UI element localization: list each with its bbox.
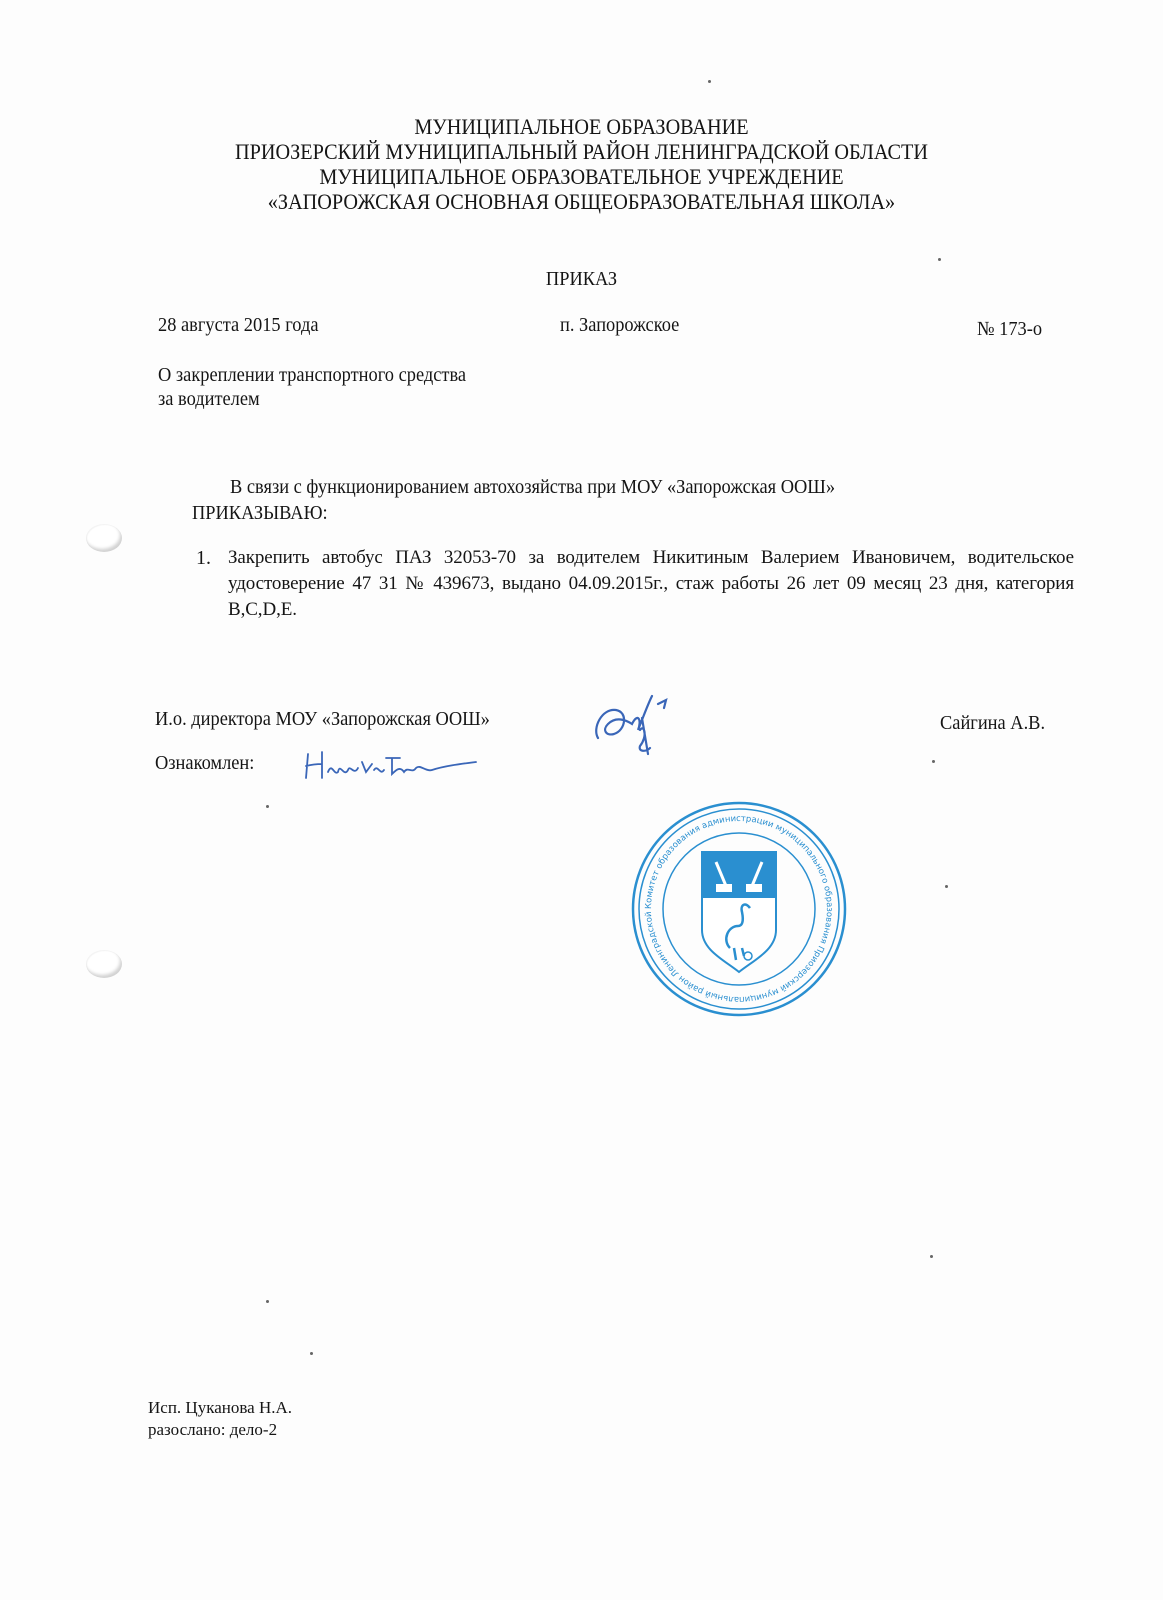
director-signature [588, 690, 678, 760]
official-stamp: Комитет образования администрации муници… [630, 800, 848, 1018]
preamble: В связи с функционированием автохозяйств… [230, 476, 835, 499]
executor: Исп. Цуканова Н.А. [148, 1398, 292, 1418]
scan-speck [708, 80, 711, 83]
scanned-page: МУНИЦИПАЛЬНОЕ ОБРАЗОВАНИЕ ПРИОЗЕРСКИЙ МУ… [0, 0, 1163, 1600]
subject-line-1: О закреплении транспортного средства [158, 364, 466, 387]
distribution: разослано: дело-2 [148, 1420, 277, 1440]
order-item-text: Закрепить автобус ПАЗ 32053-70 за водите… [228, 545, 1074, 623]
scan-speck [266, 805, 269, 808]
scan-speck [945, 885, 948, 888]
scan-speck [932, 760, 935, 763]
header-line-4: «ЗАПОРОЖСКАЯ ОСНОВНАЯ ОБЩЕОБРАЗОВАТЕЛЬНА… [47, 189, 1117, 214]
document-type: ПРИКАЗ [47, 268, 1117, 291]
director-name: Сайгина А.В. [940, 712, 1045, 735]
director-title: И.о. директора МОУ «Запорожская ООШ» [155, 708, 490, 731]
document-number: № 173-о [977, 318, 1042, 341]
header-line-2: ПРИОЗЕРСКИЙ МУНИЦИПАЛЬНЫЙ РАЙОН ЛЕНИНГРА… [47, 139, 1117, 164]
organization-header: МУНИЦИПАЛЬНОЕ ОБРАЗОВАНИЕ ПРИОЗЕРСКИЙ МУ… [0, 114, 1163, 214]
document-place: п. Запорожское [560, 314, 679, 337]
scan-speck [938, 258, 941, 261]
scan-speck [266, 1300, 269, 1303]
scan-speck [310, 1352, 313, 1355]
header-line-1: МУНИЦИПАЛЬНОЕ ОБРАЗОВАНИЕ [47, 114, 1117, 139]
acknowledged-signature [300, 748, 480, 788]
order-word: ПРИКАЗЫВАЮ: [192, 502, 328, 525]
acknowledged-label: Ознакомлен: [155, 752, 254, 775]
subject-line-2: за водителем [158, 388, 260, 411]
punch-hole-top [86, 524, 122, 552]
header-line-3: МУНИЦИПАЛЬНОЕ ОБРАЗОВАТЕЛЬНОЕ УЧРЕЖДЕНИЕ [47, 164, 1117, 189]
document-date: 28 августа 2015 года [158, 314, 318, 337]
scan-speck [930, 1255, 933, 1258]
order-item-number: 1. [196, 545, 211, 571]
punch-hole-bottom [86, 950, 122, 978]
